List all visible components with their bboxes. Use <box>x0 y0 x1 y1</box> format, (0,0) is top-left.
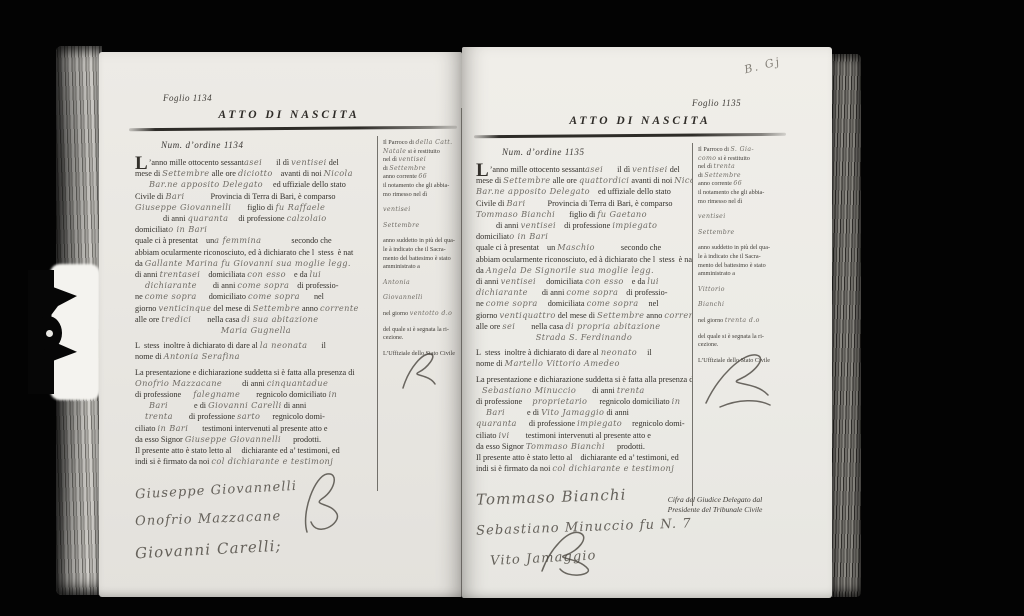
handwritten-text: Giovannelli <box>383 294 423 301</box>
handwritten-text: col dichiarante e testimonj <box>211 456 333 466</box>
handwritten-text: Settembre <box>704 172 741 179</box>
handwritten-text: lui <box>647 276 659 286</box>
handwritten-text: Bari <box>149 400 168 410</box>
printed-text: secondo che <box>621 243 661 252</box>
text-line: le à indicato che il Sacra- <box>698 253 824 262</box>
printed-text: domiciliato <box>209 292 248 301</box>
text-line: Bar.ne apposito Delegatoed uffiziale del… <box>135 179 377 190</box>
handwritten-text: Nicola <box>324 168 353 178</box>
handwritten-text: Giuseppe Giovannelli <box>135 202 231 212</box>
text-line: Giovannelli <box>383 294 455 303</box>
book-clamp-hole <box>46 330 53 337</box>
handwritten-text: come sopra <box>587 298 639 308</box>
printed-text: L <box>135 341 140 350</box>
printed-text: di anni <box>542 288 567 297</box>
handwritten-text: Giovanni Carelli; <box>135 537 282 563</box>
handwritten-text: quaranta <box>476 418 517 428</box>
printed-text: anno suddetto in più del qua- <box>383 237 455 244</box>
printed-text: alle ore <box>476 322 502 331</box>
folio-label-right: Foglio 1135 <box>692 98 741 108</box>
printed-text: stess <box>485 348 500 357</box>
printed-text: alle ore <box>210 169 238 178</box>
handwritten-text: Giuseppe Giovannelli <box>135 479 297 502</box>
handwritten-text: 66 <box>418 173 427 180</box>
text-line: La presentazione e dichiarazione suddett… <box>476 374 692 385</box>
printed-text: le à indicato che il Sacra- <box>698 253 761 260</box>
printed-text: da esso Signor <box>476 442 526 451</box>
handwritten-text: cinquantadue <box>267 378 328 388</box>
text-line: da esso Signor Giuseppe Giovannelliprodo… <box>135 434 377 445</box>
printed-text: alle ore <box>551 176 579 185</box>
text-line: abbiam ocularmente riconosciuto, ed à di… <box>135 247 377 258</box>
printed-text: di anni <box>604 408 629 417</box>
handwritten-text: venticinque <box>158 303 211 313</box>
printed-text: amministrato a <box>383 263 420 270</box>
printed-text: Civile di <box>135 192 165 201</box>
text-line: nel giorno ventotto d.o <box>383 310 455 319</box>
handwritten-text: Vittorio <box>698 286 725 293</box>
handwritten-text: in Bari <box>158 423 189 433</box>
printed-text: e da <box>632 277 647 286</box>
cifra-note-line1: Cifra del Giudice Delegato dal <box>620 495 810 505</box>
printed-text: dichiarante ed a’ testimoni, ed <box>580 453 678 462</box>
printed-text: testimoni intervenuti al presente atto e <box>526 431 651 440</box>
printed-text: di professione <box>564 221 612 230</box>
text-line: La presentazione e dichiarazione suddett… <box>135 367 377 378</box>
text-line: ventisei <box>383 206 455 215</box>
handwritten-text: Bari <box>506 198 525 208</box>
handwritten-text: come sopra <box>566 287 618 297</box>
num-ordine-right: Num. d’ordine 1135 <box>502 147 692 157</box>
page-left-atto-1134: Foglio 1134 ATTO DI NASCITA Num. d’ordin… <box>99 52 462 597</box>
printed-text: nella casa <box>531 322 565 331</box>
printed-text: mento del battesimo è stato <box>698 262 766 269</box>
text-line: ciliato in Baritestimoni intervenuti al … <box>135 423 377 434</box>
printed-text: di professione <box>238 214 286 223</box>
folio-label-left: Foglio 1134 <box>163 93 212 103</box>
printed-text: nel dì <box>383 156 398 163</box>
printed-text: ne <box>135 292 145 301</box>
text-line: alle ore tredicinella casa di sua abitaz… <box>135 314 377 325</box>
text-line: L’anno mille ottocento sessantaseiil dì … <box>135 157 377 168</box>
printed-text: figlio di <box>247 203 275 212</box>
printed-text: di professione <box>189 412 237 421</box>
text-line: domiciliato in Bari <box>135 224 377 235</box>
text-line: Barie di Vito Jamaggio di anni <box>476 407 692 418</box>
text-line: da Gallante Marina fu Giovanni sua mogli… <box>135 258 377 269</box>
printed-text: regnicolo domi- <box>272 412 325 421</box>
printed-text: La presentazione e dichiarazione suddett… <box>476 375 692 384</box>
text-line: ventisei <box>698 213 824 222</box>
handwritten-text: ventiquattro <box>499 310 555 320</box>
printed-text: amministrato a <box>698 270 735 277</box>
text-line: cezione. <box>383 334 455 343</box>
text-line: Civile di BariProvincia di Terra di Bari… <box>135 191 377 202</box>
printed-text: Provincia di Terra di Bari, è comparso <box>548 199 673 208</box>
text-line: quale ci à presentatun Maschiosecondo ch… <box>476 242 692 253</box>
text-line: di professione proprietarioregnicolo dom… <box>476 396 692 407</box>
title-rule-right <box>474 133 786 138</box>
handwritten-text: Bianchi <box>698 301 724 308</box>
text-line: giorno ventiquattro del mese di Settembr… <box>476 310 692 321</box>
printed-text: domiciliat <box>476 232 509 241</box>
text-line: di anni ventiseidomiciliata con essoe da… <box>476 276 692 287</box>
printed-text: regnicolo domi- <box>632 419 685 428</box>
handwritten-text: Tommaso Bianchi <box>526 441 605 451</box>
handwritten-text: fu Raffaele <box>275 202 325 212</box>
printed-text: del <box>668 165 680 174</box>
handwritten-text: ventisei <box>291 157 327 167</box>
printed-text: abbiam ocularmente riconosciuto, ed à di… <box>476 255 655 264</box>
printed-text: indi si è firmato da noi <box>476 464 552 473</box>
printed-text: di professio- <box>297 281 338 290</box>
printed-text: stess <box>144 341 159 350</box>
printed-text: di anni <box>242 379 267 388</box>
text-line: di Settembre <box>698 172 824 181</box>
handwritten-text: ventisei <box>501 276 537 286</box>
handwritten-text: Bari <box>165 191 184 201</box>
printed-text: il notamento che gli abbia- <box>383 182 449 189</box>
text-line: domiciliato in Bari <box>476 231 692 242</box>
printed-text: avanti di noi <box>629 176 674 185</box>
printed-text: prodotti. <box>617 442 645 451</box>
printed-text: secondo che <box>291 236 331 245</box>
printed-text: si è restituito <box>406 148 440 155</box>
printed-text: ed uffiziale dello stato <box>273 180 346 189</box>
handwritten-text: Maria Gugnella <box>221 325 291 335</box>
printed-text: il notamento che gli abbia- <box>698 189 764 196</box>
text-line: Sebastiano Minucciodi anni trenta <box>476 385 692 396</box>
text-line: il notamento che gli abbia- <box>383 182 455 191</box>
num-ordine-left: Num. d’ordine 1134 <box>161 140 377 150</box>
handwritten-text: Giovanni Carelli <box>208 400 282 410</box>
printed-text: un <box>206 236 214 245</box>
text-line: Il presente atto è stato letto al dichia… <box>135 445 377 456</box>
printed-text: nel giorno <box>698 317 725 324</box>
handwritten-text: ventisei <box>383 206 411 213</box>
printed-text: di professione <box>476 397 524 406</box>
corner-handwritten-mark: B. Gj <box>743 55 782 77</box>
page-edges-right <box>831 54 861 597</box>
handwritten-text: Settembre <box>383 222 420 229</box>
printed-text: Il Parroco di <box>698 146 730 153</box>
handwritten-text: tredici <box>161 314 191 324</box>
paraph-flourish-icon <box>698 347 778 413</box>
text-line: L’anno mille ottocento sessantaseiil dì … <box>476 164 692 175</box>
text-line: nel dì ventisei <box>383 156 455 165</box>
handwritten-text: trenta d.o <box>725 317 760 324</box>
printed-text: giorno <box>476 311 499 320</box>
handwritten-text: Settembre <box>162 168 209 178</box>
printed-text: mo rimesso nel dì <box>383 191 427 198</box>
printed-text: il dì <box>276 158 291 167</box>
act-title-left: ATTO DI NASCITA <box>169 109 409 121</box>
scanned-register-photo: Foglio 1134 ATTO DI NASCITA Num. d’ordin… <box>0 0 1024 616</box>
printed-text: dichiarante ed a’ testimoni, ed <box>241 446 339 455</box>
text-line: mo rimesso nel dì <box>383 191 455 200</box>
printed-text: testimoni intervenuti al presente atto e <box>202 424 327 433</box>
handwritten-text: con esso <box>585 276 624 286</box>
printed-text: di anni <box>213 281 238 290</box>
handwritten-text: Settembre <box>503 175 550 185</box>
printed-text: di professione <box>529 419 577 428</box>
handwritten-text: Settembre <box>253 303 300 313</box>
printed-text: ed uffiziale dello stato <box>598 187 671 196</box>
text-line: di anni ventiseidi professione impiegato <box>476 220 692 231</box>
handwritten-text: Nicola <box>674 175 692 185</box>
handwritten-text: ventotto d.o <box>410 310 452 317</box>
act-title-right: ATTO DI NASCITA <box>520 115 760 127</box>
text-line: indi si è firmato da noi col dichiarante… <box>476 463 692 474</box>
handwritten-text: lui <box>309 269 321 279</box>
text-line: le à indicato che il Sacra- <box>383 246 455 255</box>
printed-text: Provincia di Terra di Bari, è comparso <box>211 192 336 201</box>
printed-text: del mese di <box>211 304 252 313</box>
printed-text: Il presente atto è stato letto al <box>135 446 233 455</box>
margin-note-left: Il Parroco di della Catt.Natale si è res… <box>377 136 457 491</box>
printed-text: Il presente atto è stato letto al <box>476 453 574 462</box>
text-line: quarantadi professione impiegatoregnicol… <box>476 418 692 429</box>
printed-text: domiciliat <box>135 225 168 234</box>
handwritten-text: in <box>672 396 681 406</box>
handwritten-text: corrente <box>320 303 359 313</box>
text-line: mese di Settembre alle ore diciottoavant… <box>135 168 377 179</box>
handwritten-text: Natale <box>383 148 406 155</box>
printed-text: domiciliata <box>548 299 587 308</box>
handwritten-text: trenta <box>617 385 645 395</box>
text-line: mento del battesimo è stato <box>383 255 455 264</box>
printed-text: nel <box>648 299 658 308</box>
printed-text: le à indicato che il Sacra- <box>383 246 446 253</box>
printed-text: cezione. <box>383 334 403 341</box>
printed-text: è nat <box>338 248 354 257</box>
handwritten-text: Bar.ne apposito Delegato <box>476 186 590 196</box>
printed-text: inoltre à dichiarato di dare al <box>504 348 600 357</box>
printed-text: abbiam ocularmente riconosciuto, ed à di… <box>135 248 314 257</box>
text-line: dichiarantedi anni come sopradi professi… <box>476 287 692 298</box>
text-line: da esso Signor Tommaso Bianchiprodotti. <box>476 441 692 452</box>
printed-text: ’anno mille ottocento sessant <box>490 165 585 174</box>
printed-text: La presentazione e dichiarazione suddett… <box>135 368 355 377</box>
text-line: dichiarantedi anni come sopradi professi… <box>135 280 377 291</box>
handwritten-text: 66 <box>733 180 742 187</box>
text-line: alle ore seinella casa di propria abitaz… <box>476 321 692 332</box>
handwritten-text: quaranta <box>188 213 229 223</box>
handwritten-text: S. Gia- <box>730 146 753 153</box>
handwritten-text: Angela De Signorile sua moglie legg. <box>486 265 654 275</box>
printed-text: anno <box>644 311 664 320</box>
printed-text: di anni <box>476 277 501 286</box>
handwritten-text: Onofrio Mazzacane <box>135 378 222 388</box>
text-line: quale ci à presentatuna femminasecondo c… <box>135 235 377 246</box>
handwritten-text: ventisei <box>521 220 557 230</box>
text-line: ciliato ivitestimoni intervenuti al pres… <box>476 430 692 441</box>
printed-text: di professione <box>135 390 183 399</box>
text-line: il notamento che gli abbia- <box>698 189 824 198</box>
printed-text: ciliato <box>135 424 158 433</box>
cifra-note: Cifra del Giudice Delegato dal President… <box>620 495 810 515</box>
handwritten-text: Tommaso Bianchi <box>476 486 627 509</box>
handwritten-text: como <box>698 155 716 162</box>
text-line: mese di Settembre alle ore quattordici a… <box>476 175 692 186</box>
handwritten-text: di sua abitazione <box>241 314 318 324</box>
printed-text: si è restituito <box>716 155 750 162</box>
title-rule-left <box>129 126 457 132</box>
handwritten-text: falegname <box>193 389 240 399</box>
printed-text: da esso Signor <box>135 435 185 444</box>
text-line: Il Parroco di della Catt. <box>383 139 455 148</box>
text-line: mento del battesimo è stato <box>698 262 824 271</box>
handwritten-text: Bar.ne apposito Delegato <box>149 179 263 189</box>
printed-text: Civile di <box>476 199 506 208</box>
printed-text: mo rimesso nel dì <box>698 198 742 205</box>
text-line: Giuseppe Giovannellifiglio di fu Raffael… <box>135 202 377 213</box>
handwritten-text: asei <box>244 157 262 167</box>
printed-text: domiciliata <box>208 270 247 279</box>
text-line: abbiam ocularmente riconosciuto, ed à di… <box>476 254 692 265</box>
handwritten-text: fu Gaetano <box>597 209 647 219</box>
printed-text: quale ci à presentat <box>476 243 539 252</box>
printed-text: anno corrente <box>698 180 733 187</box>
printed-text: del quale si è segnata la ri- <box>698 333 764 340</box>
handwritten-text: calzolaio <box>287 213 327 223</box>
handwritten-text: Tommaso Bianchi <box>476 209 555 219</box>
printed-text: avanti di noi <box>281 169 324 178</box>
printed-text: e da <box>294 270 309 279</box>
text-line: indi si è firmato da noi col dichiarante… <box>135 456 377 467</box>
printed-text: il <box>321 341 326 350</box>
handwritten-text: come sopra <box>486 298 538 308</box>
margin-note-right: Il Parroco di S. Gia-como si è restituit… <box>692 143 826 506</box>
handwritten-text: come sopra <box>145 291 197 301</box>
text-line: mo rimesso nel dì <box>698 198 824 207</box>
text-line: como si è restituito <box>698 155 824 164</box>
printed-text: di anni <box>163 214 188 223</box>
printed-text: mese di <box>135 169 162 178</box>
handwritten-text: neonato <box>601 347 637 357</box>
handwritten-text: impiegato <box>612 220 657 230</box>
handwritten-text: Maschio <box>557 242 595 252</box>
printed-text: regnicolo domiciliato <box>256 390 328 399</box>
printed-text: alle ore <box>135 315 161 324</box>
printed-text: quale ci à presentat <box>135 236 198 245</box>
printed-text: L <box>476 348 481 357</box>
printed-text: da <box>135 259 145 268</box>
printed-text: da <box>476 266 486 275</box>
printed-text: nel dì <box>698 163 713 170</box>
handwritten-text: Settembre <box>389 165 426 172</box>
printed-text: domiciliata <box>546 277 585 286</box>
handwritten-text: con esso <box>247 269 286 279</box>
cifra-note-line2: Presidente del Tribunale Civile <box>620 505 810 515</box>
printed-text: figlio di <box>569 210 597 219</box>
printed-text: e di <box>527 408 541 417</box>
handwritten-text: trenta <box>713 163 735 170</box>
text-line: amministrato a <box>383 263 455 272</box>
handwritten-text: dichiarante <box>145 280 197 290</box>
paraph-flourish-icon <box>297 468 349 540</box>
printed-text: nome di <box>135 352 164 361</box>
handwritten-text: sarto <box>237 411 260 421</box>
text-line: Lstessinoltre à dichiarato di dare al la… <box>135 340 377 351</box>
handwritten-text: col dichiarante e testimonj <box>552 463 674 473</box>
text-line: Natale si è restituito <box>383 148 455 157</box>
text-line: ne come sopradomiciliato come sopranel <box>135 291 377 302</box>
text-line: Settembre <box>383 222 455 231</box>
handwritten-text: trentasei <box>160 269 201 279</box>
printed-text: anno <box>300 304 320 313</box>
handwritten-text: Giuseppe Giovannelli <box>185 434 281 444</box>
handwritten-text: asei <box>585 164 603 174</box>
act-body-right: L’anno mille ottocento sessantaseiil dì … <box>476 164 692 474</box>
printed-text: nome di <box>476 359 505 368</box>
paraph-flourish-icon <box>397 348 441 394</box>
handwritten-text: Antonia <box>383 279 410 286</box>
handwritten-text: come sopra <box>237 280 289 290</box>
text-line: Barie di Giovanni Carelli di anni <box>135 400 377 411</box>
printed-text: di anni <box>135 270 160 279</box>
printed-text: un <box>547 243 557 252</box>
text-line: ne come sopradomiciliata come sopranel <box>476 298 692 309</box>
printed-text: indi si è firmato da noi <box>135 457 211 466</box>
text-line: anno corrente 66 <box>383 173 455 182</box>
printed-text: di anni <box>496 221 521 230</box>
handwritten-text: Bari <box>486 407 505 417</box>
handwritten-text: di propria abitazione <box>565 321 660 331</box>
printed-text: nel giorno <box>383 310 410 317</box>
handwritten-text: della Catt. <box>415 139 452 146</box>
handwritten-text: Martello Vittorio Amedeo <box>505 358 620 368</box>
printed-text: nel <box>314 292 324 301</box>
printed-text: di anni <box>282 401 307 410</box>
text-line: nel giorno trenta d.o <box>698 317 824 326</box>
text-line: di anni quarantadi professione calzolaio <box>135 213 377 224</box>
printed-text: inoltre à dichiarato di dare al <box>163 341 259 350</box>
handwritten-text: ventisei <box>398 156 426 163</box>
text-line: di professione falegnameregnicolo domici… <box>135 389 377 400</box>
handwritten-text: ivi <box>499 430 510 440</box>
printed-text: del <box>327 158 339 167</box>
handwritten-text: a femmina <box>214 235 261 245</box>
printed-text: prodotti. <box>293 435 321 444</box>
printed-text: ’anno mille ottocento sessant <box>149 158 244 167</box>
text-line: del quale si è segnata la ri- <box>383 326 455 335</box>
handwritten-text: Strada S. Ferdinando <box>536 332 632 342</box>
text-line: Tommaso Bianchifiglio di fu Gaetano <box>476 209 692 220</box>
handwritten-text: sei <box>502 321 515 331</box>
printed-text: mento del battesimo è stato <box>383 255 451 262</box>
text-line: Maria Gugnella <box>135 325 377 336</box>
text-line: nel dì trenta <box>698 163 824 172</box>
handwritten-text: Onofrio Mazzacane <box>135 510 282 530</box>
printed-text: il <box>647 348 652 357</box>
text-line: anno suddetto in più del qua- <box>383 237 455 246</box>
printed-text: nella casa <box>207 315 241 324</box>
handwritten-text: la neonata <box>260 340 307 350</box>
text-line: anno corrente 66 <box>698 180 824 189</box>
printed-text: stess <box>659 255 674 264</box>
text-line: del quale si è segnata la ri- <box>698 333 824 342</box>
text-line: nome di Martello Vittorio Amedeo <box>476 358 692 369</box>
act-body-left: L’anno mille ottocento sessantaseiil dì … <box>135 157 377 467</box>
text-line: Bar.ne apposito Delegatoed uffiziale del… <box>476 186 692 197</box>
page-right-atto-1135: B. Gj Foglio 1135 ATTO DI NASCITA Num. d… <box>462 47 832 598</box>
text-line: anno suddetto in più del qua- <box>698 244 824 253</box>
text-line: Vittorio <box>698 286 824 295</box>
text-line: giorno venticinque del mese di Settembre… <box>135 303 377 314</box>
text-line: amministrato a <box>698 270 824 279</box>
handwritten-text: o in Bari <box>509 231 548 241</box>
